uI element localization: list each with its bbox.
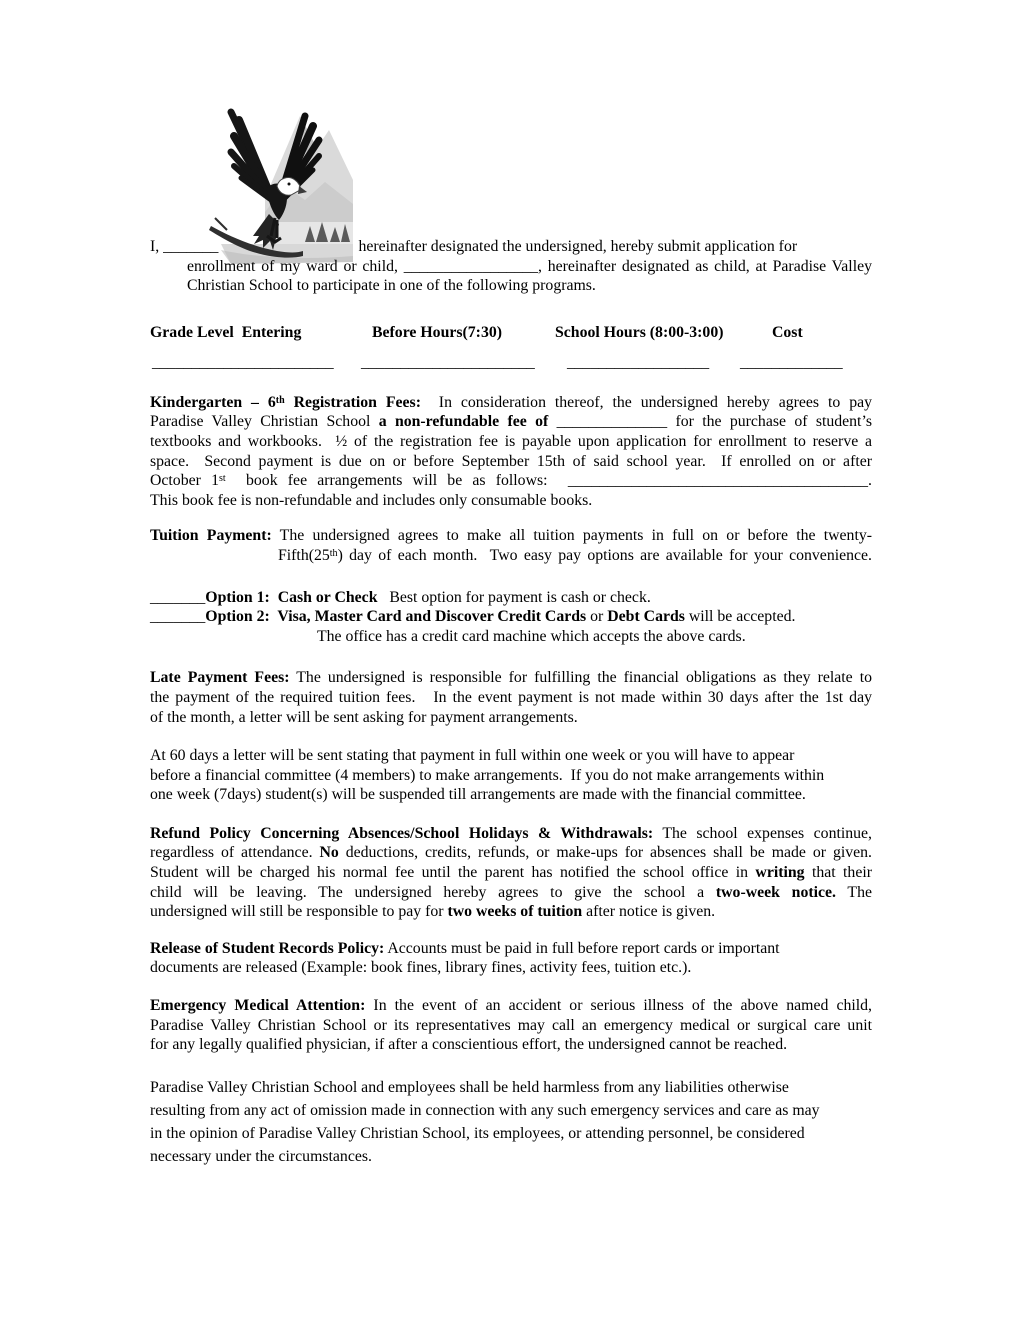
column-cost: Cost: [772, 323, 803, 343]
refund-text-4: Student will be charged his normal fee u…: [150, 864, 755, 881]
records-line-2: documents are released (Example: book fi…: [150, 958, 872, 978]
program-table-blank-row: _______________________ ________________…: [150, 353, 872, 375]
registration-fees-line-1: Kindergarten – 6th Registration Fees: In…: [150, 393, 872, 413]
book-fee-arrangements-blank: ______________________________________: [568, 472, 868, 489]
records-line-1: Release of Student Records Policy: Accou…: [150, 939, 872, 959]
intro-opening-blank: I, _______: [150, 238, 218, 255]
section-registration-fees: Kindergarten – 6th Registration Fees: In…: [150, 393, 872, 511]
tuition-text-2: Fifth(25: [278, 547, 330, 564]
period: .: [868, 472, 872, 489]
intro-line-1: I, _______hereinafter designated the und…: [150, 237, 872, 257]
tuition-text-1: The undersigned agrees to make all tuiti…: [272, 527, 872, 544]
section-tuition-payment: Tuition Payment: The undersigned agrees …: [150, 526, 872, 565]
refund-policy-label: Refund Policy Concerning Absences/School…: [150, 825, 653, 842]
option-1-checkbox-blank: _______: [150, 589, 205, 606]
program-table-header: Grade Level Entering Before Hours(7:30) …: [150, 323, 872, 343]
tuition-text-3: ) day of each month. Two easy pay option…: [338, 547, 872, 564]
option-2-continuation: The office has a credit card machine whi…: [150, 627, 872, 647]
late-payment-fees-label: Late Payment Fees:: [150, 669, 290, 686]
option-1-text: Best option for payment is cash or check…: [377, 589, 650, 606]
harmless-line-2: resulting from any act of omission made …: [150, 1099, 872, 1122]
option-1-line: _______Option 1: Cash or Check Best opti…: [150, 588, 872, 608]
debt-cards-label: Debt Cards: [607, 608, 685, 625]
tuition-line-2: Fifth(25th) day of each month. Two easy …: [150, 546, 872, 566]
refund-text-5: that their: [805, 864, 872, 881]
registration-fees-text-2: Paradise Valley Christian School: [150, 413, 379, 430]
blank-school-hours: __________________: [567, 353, 709, 373]
refund-text-9: after notice is given.: [582, 903, 715, 920]
intro-line-1-text: hereinafter designated the undersigned, …: [358, 238, 797, 255]
document-page: I, _______hereinafter designated the und…: [0, 0, 1020, 1320]
tuition-payment-label: Tuition Payment:: [150, 527, 272, 544]
late-fees-line-1: Late Payment Fees: The undersigned is re…: [150, 668, 872, 688]
registration-fees-line-3: textbooks and workbooks. ½ of the regist…: [150, 432, 872, 452]
section-sixty-days: At 60 days a letter will be sent stating…: [150, 746, 872, 805]
option-2-text-1: or: [586, 608, 607, 625]
option-2-checkbox-blank: _______: [150, 608, 205, 625]
section-payment-options: _______Option 1: Cash or Check Best opti…: [150, 588, 872, 647]
refund-line-2: regardless of attendance. No deductions,…: [150, 843, 872, 863]
non-refundable-fee-label: a non-refundable fee of: [379, 413, 557, 430]
october-date-text: October 1: [150, 472, 219, 489]
refund-line-3: Student will be charged his normal fee u…: [150, 863, 872, 883]
blank-cost: _____________: [740, 353, 843, 373]
emergency-line-3: for any legally qualified physician, if …: [150, 1035, 872, 1055]
sixty-days-line-1: At 60 days a letter will be sent stating…: [150, 746, 872, 766]
sixty-days-line-3: one week (7days) student(s) will be susp…: [150, 785, 872, 805]
option-2-label: Option 2: Visa, Master Card and Discover…: [205, 608, 586, 625]
refund-line-1: Refund Policy Concerning Absences/School…: [150, 824, 872, 844]
late-fees-line-3: of the month, a letter will be sent aski…: [150, 708, 872, 728]
records-policy-label: Release of Student Records Policy:: [150, 940, 384, 957]
registration-fees-label: Kindergarten – 6: [150, 394, 276, 411]
refund-text-1: The school expenses continue,: [653, 825, 872, 842]
refund-text-3: deductions, credits, refunds, or make-up…: [339, 844, 872, 861]
records-text-1: Accounts must be paid in full before rep…: [384, 940, 779, 957]
two-week-notice-emphasis: two-week notice.: [716, 884, 836, 901]
writing-emphasis: writing: [755, 864, 804, 881]
document-content: I, _______hereinafter designated the und…: [150, 237, 872, 1168]
column-grade-level: Grade Level Entering: [150, 323, 301, 343]
section-records-policy: Release of Student Records Policy: Accou…: [150, 939, 872, 978]
no-emphasis: No: [319, 844, 338, 861]
column-before-hours: Before Hours(7:30): [372, 323, 502, 343]
ordinal-superscript: st: [219, 473, 226, 484]
blank-before-hours: ______________________: [361, 353, 535, 373]
column-school-hours: School Hours (8:00-3:00): [555, 323, 724, 343]
emergency-line-2: Paradise Valley Christian School or its …: [150, 1016, 872, 1036]
registration-fees-line-4: space. Second payment is due on or befor…: [150, 452, 872, 472]
book-fee-text: book fee arrangements will be as follows…: [226, 472, 568, 489]
blank-grade-level: _______________________: [152, 353, 334, 373]
option-1-label: Option 1: Cash or Check: [205, 589, 377, 606]
refund-line-5: undersigned will still be responsible to…: [150, 902, 872, 922]
registration-fees-line-6: This book fee is non-refundable and incl…: [150, 491, 872, 511]
section-emergency-medical: Emergency Medical Attention: In the even…: [150, 996, 872, 1055]
section-held-harmless: Paradise Valley Christian School and emp…: [150, 1076, 872, 1168]
harmless-line-1: Paradise Valley Christian School and emp…: [150, 1076, 872, 1099]
refund-text-6: child will be leaving. The undersigned h…: [150, 884, 716, 901]
registration-fees-text-3: for the purchase of student’s: [667, 413, 872, 430]
tuition-line-1: Tuition Payment: The undersigned agrees …: [150, 526, 872, 546]
intro-line-3: Christian School to participate in one o…: [150, 276, 872, 296]
emergency-line-1: Emergency Medical Attention: In the even…: [150, 996, 872, 1016]
fee-amount-blank: ______________: [557, 413, 668, 430]
sixty-days-line-2: before a financial committee (4 members)…: [150, 766, 872, 786]
registration-fees-line-2: Paradise Valley Christian School a non-r…: [150, 412, 872, 432]
ordinal-superscript: th: [330, 548, 338, 559]
refund-text-7: The: [836, 884, 872, 901]
late-fees-text-1: The undersigned is responsible for fulfi…: [290, 669, 872, 686]
refund-line-4: child will be leaving. The undersigned h…: [150, 883, 872, 903]
registration-fees-label-2: Registration Fees:: [285, 394, 421, 411]
harmless-line-3: in the opinion of Paradise Valley Christ…: [150, 1122, 872, 1145]
section-refund-policy: Refund Policy Concerning Absences/School…: [150, 824, 872, 922]
option-2-text-2: will be accepted.: [685, 608, 796, 625]
emergency-text-1: In the event of an accident or serious i…: [365, 997, 872, 1014]
intro-line-2: enrollment of my ward or child, ________…: [150, 257, 872, 277]
section-late-payment-fees: Late Payment Fees: The undersigned is re…: [150, 668, 872, 727]
emergency-medical-label: Emergency Medical Attention:: [150, 997, 365, 1014]
option-2-line: _______Option 2: Visa, Master Card and D…: [150, 607, 872, 627]
ordinal-superscript: th: [276, 395, 285, 406]
harmless-line-4: necessary under the circumstances.: [150, 1145, 872, 1168]
registration-fees-text-1: In consideration thereof, the undersigne…: [421, 394, 872, 411]
two-weeks-tuition-emphasis: two weeks of tuition: [447, 903, 582, 920]
refund-text-2: regardless of attendance.: [150, 844, 319, 861]
registration-fees-line-5: October 1st book fee arrangements will b…: [150, 471, 872, 491]
late-fees-line-2: the payment of the required tuition fees…: [150, 688, 872, 708]
refund-text-8: undersigned will still be responsible to…: [150, 903, 447, 920]
